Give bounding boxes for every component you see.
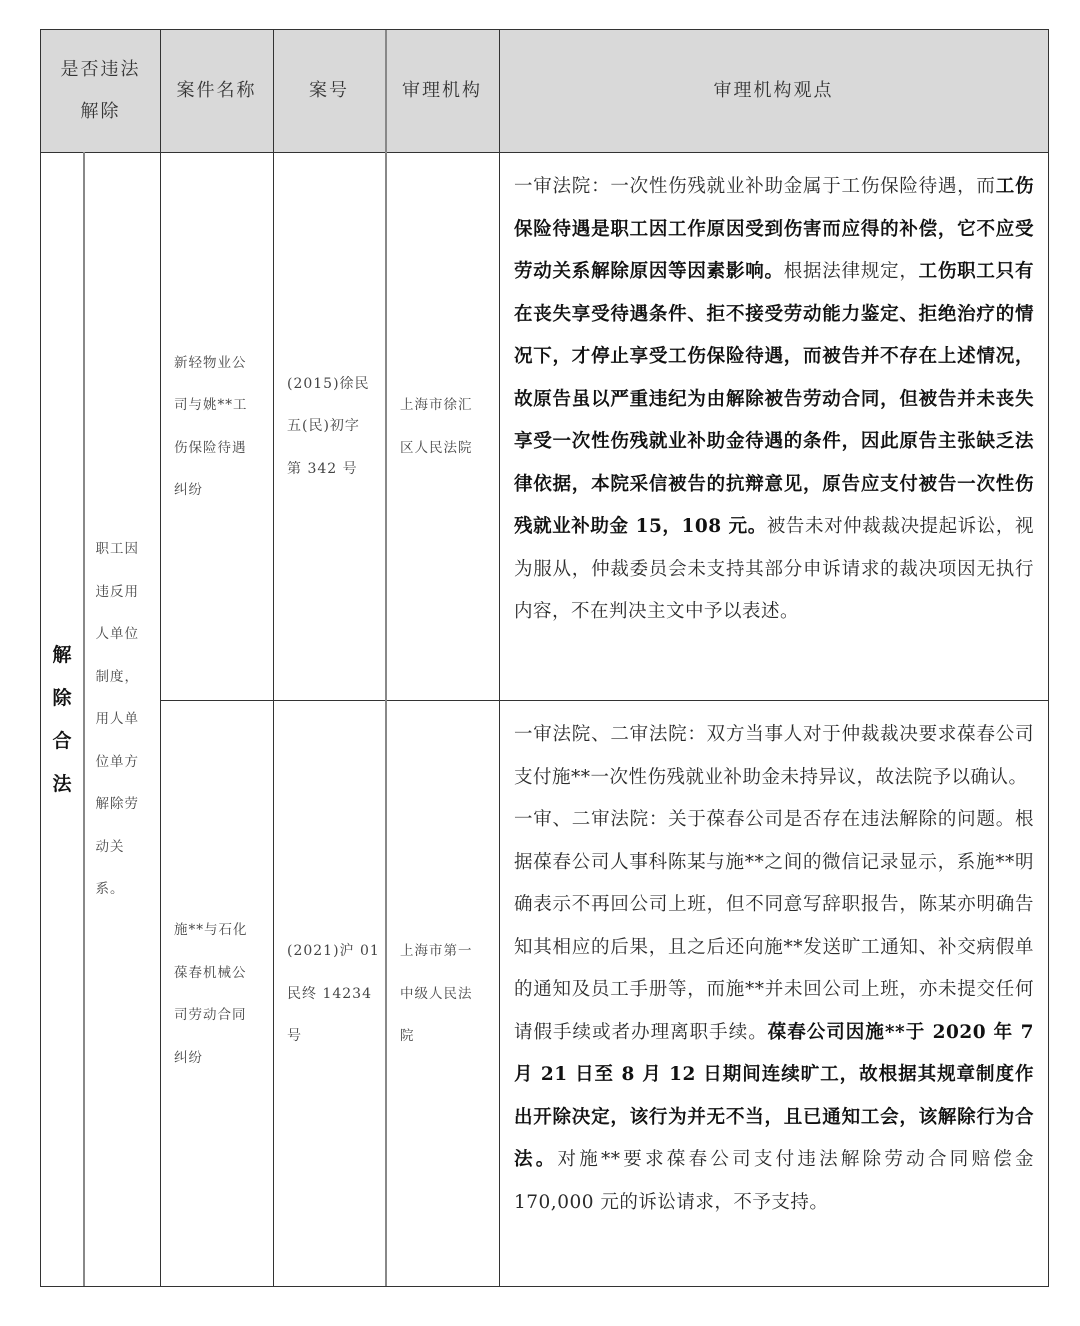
header-is-illegal-termination: 是否违法解除: [41, 30, 160, 152]
reason-line: 人单位: [96, 613, 150, 656]
opinion-paragraph-1: 一审法院、二审法院：双方当事人对于仲裁裁决要求葆春公司支付施**一次性伤残就业补…: [514, 714, 1034, 799]
opinion-text: 一审法院：一次性伤残就业补助金属于工伤保险待遇，而: [514, 176, 996, 197]
row-1-court: 上海市徐汇 区人民法院: [387, 153, 499, 700]
case-number-line: (2021)沪 01: [287, 930, 380, 973]
row-divider: [160, 700, 1048, 701]
court-line: 中级人民法: [400, 973, 473, 1016]
header-case-name: 案件名称: [160, 30, 273, 152]
header-court: 审理机构: [385, 30, 499, 152]
col-divider-2: [273, 30, 274, 1286]
case-name-line: 司与姚**工: [174, 384, 248, 427]
court-line: 院: [400, 1015, 473, 1058]
header-is-illegal-termination-label: 是否违法解除: [53, 49, 148, 133]
case-number-line: 号: [287, 1015, 380, 1058]
reason-line: 位单方: [96, 741, 150, 784]
header-court-label: 审理机构: [402, 70, 482, 112]
verdict-label: 解除合法: [52, 634, 72, 806]
reason-line: 用人单: [96, 698, 150, 741]
case-number-line: 民终 14234: [287, 973, 380, 1016]
reason-line: 动关: [96, 826, 150, 869]
case-number-line: 第 342 号: [287, 448, 370, 491]
reason-text: 职工因 违反用 人单位 制度， 用人单 位单方 解除劳 动关 系。: [96, 528, 150, 911]
opinion-text: 一审、二审法院：关于葆春公司是否存在违法解除的问题。根据葆春公司人事科陈某与施*…: [514, 809, 1034, 1043]
header-case-number: 案号: [273, 30, 385, 152]
header-court-opinion-label: 审理机构观点: [714, 70, 834, 112]
opinion-text-bold: 葆春公司因施**于 2020 年 7 月 21 日至 8 月 12 日期间连续旷…: [514, 1022, 1034, 1171]
case-name-line: 纠纷: [174, 469, 248, 512]
row-1-opinion: 一审法院：一次性伤残就业补助金属于工伤保险待遇，而工伤保险待遇是职工因工作原因受…: [501, 166, 1048, 700]
case-name-line: 伤保险待遇: [174, 427, 248, 470]
case-name-line: 纠纷: [174, 1037, 248, 1080]
case-comparison-table: 是否违法解除 案件名称 案号 审理机构 审理机构观点 解除合法 职工因 违反用 …: [40, 29, 1049, 1287]
verdict-cell: 解除合法: [41, 153, 83, 1286]
court-line: 区人民法院: [400, 427, 473, 470]
court-line: 上海市第一: [400, 930, 473, 973]
row-1-case-number: (2015)徐民 五(民)初字 第 342 号: [275, 153, 385, 700]
case-number-line: (2015)徐民: [287, 363, 370, 406]
case-name-line: 施**与石化: [174, 909, 248, 952]
row-1-case-name: 新轻物业公 司与姚**工 伤保险待遇 纠纷: [162, 153, 273, 700]
case-name-line: 葆春机械公: [174, 952, 248, 995]
header-case-number-label: 案号: [309, 70, 349, 112]
row-2-case-number: (2021)沪 01 民终 14234 号: [275, 702, 385, 1286]
col-divider-1: [160, 30, 161, 1286]
case-name-line: 司劳动合同: [174, 994, 248, 1037]
reason-line: 制度，: [96, 656, 150, 699]
col-divider-4: [499, 30, 500, 1286]
header-case-name-label: 案件名称: [177, 70, 257, 112]
opinion-text: 对施**要求葆春公司支付违法解除劳动合同赔偿金 170,000 元的诉讼请求，不…: [514, 1149, 1034, 1213]
case-number-line: 五(民)初字: [287, 405, 370, 448]
reason-line: 职工因: [96, 528, 150, 571]
opinion-paragraph-2: 一审、二审法院：关于葆春公司是否存在违法解除的问题。根据葆春公司人事科陈某与施*…: [514, 799, 1034, 1224]
header-court-opinion: 审理机构观点: [499, 30, 1048, 152]
court-line: 上海市徐汇: [400, 384, 473, 427]
opinion-text: 根据法律规定，: [784, 261, 919, 282]
reason-line: 系。: [96, 868, 150, 911]
reason-cell: 职工因 违反用 人单位 制度， 用人单 位单方 解除劳 动关 系。: [85, 153, 160, 1286]
row-2-opinion: 一审法院、二审法院：双方当事人对于仲裁裁决要求葆春公司支付施**一次性伤残就业补…: [501, 714, 1048, 1286]
opinion-text-bold: 工伤职工只有在丧失享受待遇条件、拒不接受劳动能力鉴定、拒绝治疗的情况下，才停止享…: [514, 261, 1034, 537]
reason-line: 违反用: [96, 571, 150, 614]
opinion-paragraph: 一审法院：一次性伤残就业补助金属于工伤保险待遇，而工伤保险待遇是职工因工作原因受…: [514, 166, 1034, 634]
reason-line: 解除劳: [96, 783, 150, 826]
case-name-line: 新轻物业公: [174, 342, 248, 385]
row-2-case-name: 施**与石化 葆春机械公 司劳动合同 纠纷: [162, 702, 273, 1286]
row-2-court: 上海市第一 中级人民法 院: [387, 702, 499, 1286]
